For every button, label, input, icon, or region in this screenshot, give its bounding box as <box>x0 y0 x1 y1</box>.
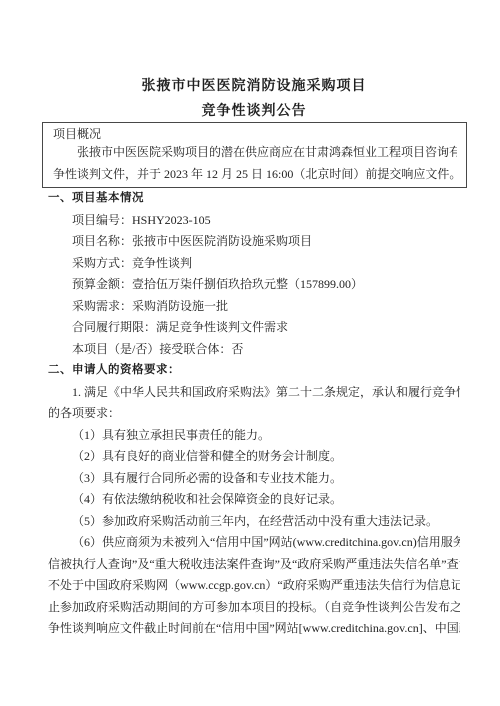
doc-line: 的各项要求： <box>48 403 460 425</box>
project-overview-box: 项目概况 张掖市中医医院采购项目的潜在供应商应在甘肃鸿森恒业工程项目咨询有限公司… <box>42 122 467 188</box>
doc-line: （5）参加政府采购活动前三年内，在经营活动中没有重大违法记录。 <box>48 511 460 533</box>
document-title-line-1: 张掖市中医医院消防设施采购项目 <box>48 73 460 98</box>
document-title-line-2: 竞争性谈判公告 <box>48 98 460 123</box>
overview-box-heading: 项目概况 <box>53 126 457 142</box>
doc-line: （1）具有独立承担民事责任的能力。 <box>48 425 460 447</box>
overview-box-body: 张掖市中医医院采购项目的潜在供应商应在甘肃鸿森恒业工程项目咨询有限公司获取竞争性… <box>53 142 457 185</box>
section-body: 1. 满足《中华人民共和国政府采购法》第二十二条规定，承认和履行竞争性谈判文件中… <box>48 382 460 640</box>
doc-line: 采购方式：竞争性谈判 <box>48 253 460 275</box>
doc-line: （6）供应商须为未被列入“信用中国”网站(www.creditchina.gov… <box>48 532 460 554</box>
doc-line: 止参加政府采购活动期间的方可参加本项目的投标。（自竞争性谈判公告发布之日起至递交… <box>48 597 460 619</box>
doc-line: 项目编号：HSHY2023-105 <box>48 210 460 232</box>
document-page: 张掖市中医医院消防设施采购项目 竞争性谈判公告 项目概况 张掖市中医医院采购项目… <box>0 0 500 706</box>
doc-line: 不处于中国政府采购网（www.ccgp.gov.cn）“政府采购严重违法失信行为… <box>48 575 460 597</box>
doc-line: 采购需求：采购消防设施一批 <box>48 296 460 318</box>
doc-line: 项目名称：张掖市中医医院消防设施采购项目 <box>48 231 460 253</box>
doc-line: 张掖市中医医院采购项目的潜在供应商应在甘肃鸿森恒业工程项目咨询有限公司获取竞 <box>53 142 457 164</box>
section-body: 项目编号：HSHY2023-105项目名称：张掖市中医医院消防设施采购项目采购方… <box>48 210 460 361</box>
doc-line: （2）具有良好的商业信誉和健全的财务会计制度。 <box>48 446 460 468</box>
doc-line: 合同履行期限：满足竞争性谈判文件需求 <box>48 317 460 339</box>
doc-line: 信被执行人查询”及“重大税收违法案件查询”及“政府采购严重违法失信名单”查询名单… <box>48 554 460 576</box>
section-heading: 二、申请人的资格要求： <box>48 360 460 382</box>
doc-line: 争性谈判响应文件截止时间前在“信用中国”网站[www.creditchina.g… <box>48 618 460 640</box>
doc-line: 1. 满足《中华人民共和国政府采购法》第二十二条规定，承认和履行竞争性谈判文件中 <box>48 382 460 404</box>
doc-line: 预算金额：壹拾伍万柒仟捌佰玖拾玖元整（157899.00） <box>48 274 460 296</box>
doc-line: （4）有依法缴纳税收和社会保障资金的良好记录。 <box>48 489 460 511</box>
doc-line: 争性谈判文件，并于 2023 年 12 月 25 日 16:00（北京时间）前提… <box>53 164 457 186</box>
section-applicant-qualifications: 二、申请人的资格要求： 1. 满足《中华人民共和国政府采购法》第二十二条规定，承… <box>48 360 460 640</box>
document-content: 张掖市中医医院消防设施采购项目 竞争性谈判公告 项目概况 张掖市中医医院采购项目… <box>0 0 500 640</box>
doc-line: 本项目（是/否）接受联合体：否 <box>48 339 460 361</box>
section-basic-info: 一、项目基本情况 项目编号：HSHY2023-105项目名称：张掖市中医医院消防… <box>48 188 460 360</box>
section-heading: 一、项目基本情况 <box>48 188 460 210</box>
doc-line: （3）具有履行合同所必需的设备和专业技术能力。 <box>48 468 460 490</box>
